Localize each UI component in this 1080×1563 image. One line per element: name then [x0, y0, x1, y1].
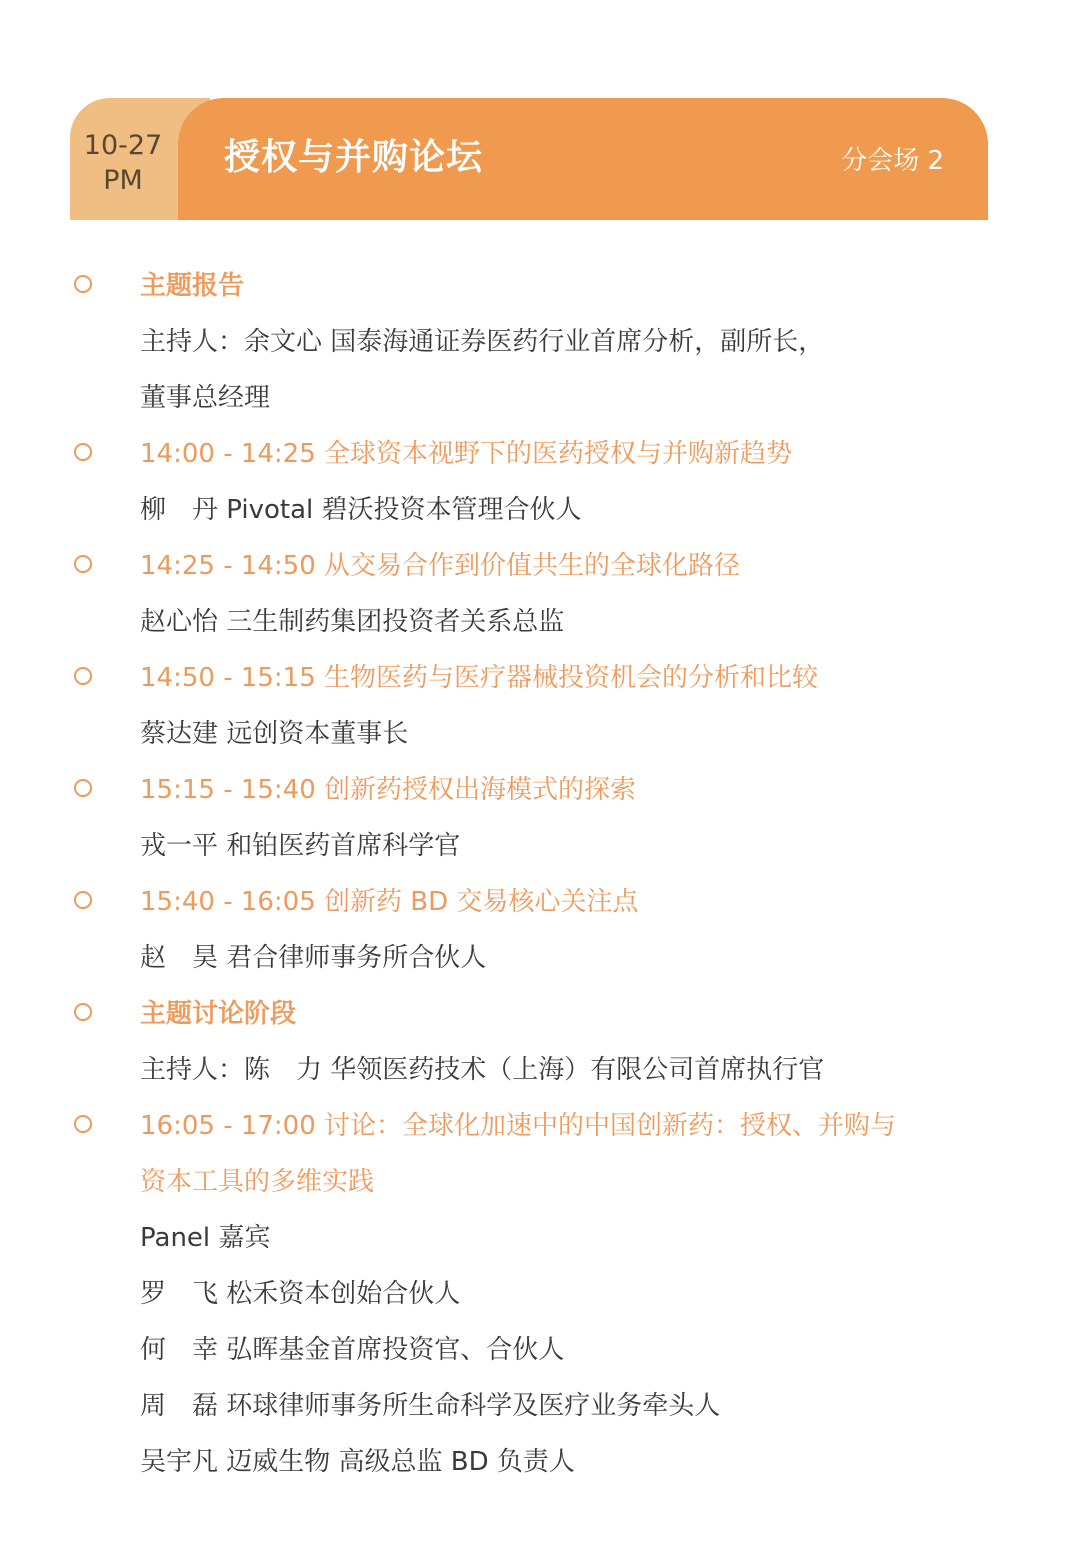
circle-bullet-icon [74, 1003, 92, 1021]
talk-title: 14:25 - 14:50 从交易合作到价值共生的全球化路径 [140, 538, 740, 594]
title-bar: 授权与并购论坛 分会场 2 [178, 98, 988, 220]
circle-bullet-icon [74, 1115, 92, 1133]
host-line: 主持人：陈 力 华领医药技术（上海）有限公司首席执行官 [140, 1042, 824, 1098]
circle-bullet-icon [74, 779, 92, 797]
speaker-line: 董事总经理 [0, 370, 1080, 426]
talk-title: 15:40 - 16:05 创新药 BD 交易核心关注点 [140, 874, 638, 930]
speaker: 吴宇凡 迈威生物 高级总监 BD 负责人 [140, 1434, 575, 1490]
speaker: 赵心怡 三生制药集团投资者关系总监 [140, 594, 564, 650]
section-heading: 主题讨论阶段 [140, 986, 296, 1042]
speaker: 戎一平 和铂医药首席科学官 [140, 818, 460, 874]
circle-bullet-icon [74, 667, 92, 685]
agenda-talk: 16:05 - 17:00 讨论：全球化加速中的中国创新药：授权、并购与 [0, 1098, 1080, 1154]
agenda-talk: 15:40 - 16:05 创新药 BD 交易核心关注点 [0, 874, 1080, 930]
section-heading: 主题报告 [140, 258, 244, 314]
agenda-section: 主题报告 [0, 258, 1080, 314]
talk-title: 14:00 - 14:25 全球资本视野下的医药授权与并购新趋势 [140, 426, 792, 482]
session-title: 授权与并购论坛 [224, 136, 483, 180]
speaker-line: 周 磊 环球律师事务所生命科学及医疗业务牵头人 [0, 1378, 1080, 1434]
talk-title: 14:50 - 15:15 生物医药与医疗器械投资机会的分析和比较 [140, 650, 818, 706]
circle-bullet-icon [74, 275, 92, 293]
agenda-list: 主题报告 主持人：余文心 国泰海通证券医药行业首席分析，副所长， 董事总经理 1… [0, 258, 1080, 1490]
speaker-line: 赵心怡 三生制药集团投资者关系总监 [0, 594, 1080, 650]
speaker-line: 蔡达建 远创资本董事长 [0, 706, 1080, 762]
speaker-line: 柳 丹 Pivotal 碧沃投资本管理合伙人 [0, 482, 1080, 538]
talk-title: 15:15 - 15:40 创新药授权出海模式的探索 [140, 762, 636, 818]
panel-label: Panel 嘉宾 [140, 1210, 270, 1266]
speaker-line: 吴宇凡 迈威生物 高级总监 BD 负责人 [0, 1434, 1080, 1490]
circle-bullet-icon [74, 443, 92, 461]
speaker-line: 何 幸 弘晖基金首席投资官、合伙人 [0, 1322, 1080, 1378]
speaker-line: 主持人：陈 力 华领医药技术（上海）有限公司首席执行官 [0, 1042, 1080, 1098]
agenda-talk: 14:50 - 15:15 生物医药与医疗器械投资机会的分析和比较 [0, 650, 1080, 706]
circle-bullet-icon [74, 555, 92, 573]
speaker: 柳 丹 Pivotal 碧沃投资本管理合伙人 [140, 482, 582, 538]
date-label: 10-27 [70, 128, 176, 163]
speaker: 赵 昊 君合律师事务所合伙人 [140, 930, 486, 986]
speaker-line: 罗 飞 松禾资本创始合伙人 [0, 1266, 1080, 1322]
speaker-line: 主持人：余文心 国泰海通证券医药行业首席分析，副所长， [0, 314, 1080, 370]
agenda-talk: 14:25 - 14:50 从交易合作到价值共生的全球化路径 [0, 538, 1080, 594]
agenda-talk-cont: 资本工具的多维实践 [0, 1154, 1080, 1210]
agenda-section: 主题讨论阶段 [0, 986, 1080, 1042]
period-label: PM [70, 163, 176, 198]
agenda-talk: 14:00 - 14:25 全球资本视野下的医药授权与并购新趋势 [0, 426, 1080, 482]
session-banner: 10-27 PM 授权与并购论坛 分会场 2 [70, 98, 988, 220]
talk-title: 16:05 - 17:00 讨论：全球化加速中的中国创新药：授权、并购与 [140, 1098, 896, 1154]
speaker: 罗 飞 松禾资本创始合伙人 [140, 1266, 460, 1322]
talk-title-cont: 资本工具的多维实践 [140, 1154, 374, 1210]
speaker: 周 磊 环球律师事务所生命科学及医疗业务牵头人 [140, 1378, 720, 1434]
host-line-cont: 董事总经理 [140, 370, 270, 426]
speaker-line: 戎一平 和铂医药首席科学官 [0, 818, 1080, 874]
circle-bullet-icon [74, 891, 92, 909]
speaker-line: 赵 昊 君合律师事务所合伙人 [0, 930, 1080, 986]
session-date: 10-27 PM [70, 128, 176, 198]
speaker: 蔡达建 远创资本董事长 [140, 706, 408, 762]
agenda-talk: 15:15 - 15:40 创新药授权出海模式的探索 [0, 762, 1080, 818]
host-line: 主持人：余文心 国泰海通证券医药行业首席分析，副所长， [140, 314, 824, 370]
speaker-line: Panel 嘉宾 [0, 1210, 1080, 1266]
venue-label: 分会场 2 [841, 145, 944, 177]
speaker: 何 幸 弘晖基金首席投资官、合伙人 [140, 1322, 564, 1378]
